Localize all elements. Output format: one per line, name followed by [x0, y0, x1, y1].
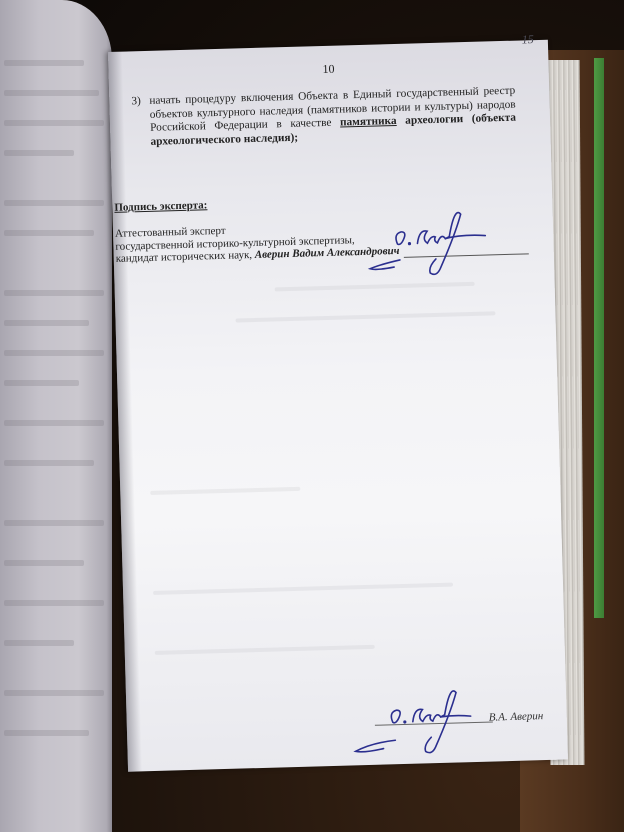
- page-number: 10: [108, 56, 548, 83]
- footer-signer-name: В.А. Аверин: [489, 710, 544, 724]
- item-text-emphasis: памятника: [340, 115, 397, 129]
- handwritten-signature-2: [336, 682, 488, 766]
- item-number: 3): [131, 95, 141, 109]
- handwritten-signature-1: [362, 201, 504, 275]
- credential-prefix: кандидат исторических наук,: [116, 249, 255, 265]
- item-text-part1: начать процедуру включения Объекта в Еди…: [149, 85, 516, 134]
- green-folder-edge: [594, 58, 604, 618]
- item-text: начать процедуру включения Объекта в Еди…: [149, 85, 516, 149]
- document-page: 15 10 3) начать процедуру включения Объе…: [108, 40, 568, 772]
- archive-page-number: 15: [522, 32, 534, 47]
- list-item: 3) начать процедуру включения Объекта в …: [131, 85, 516, 150]
- signature-heading: Подпись эксперта:: [114, 199, 207, 214]
- left-page: [0, 0, 112, 832]
